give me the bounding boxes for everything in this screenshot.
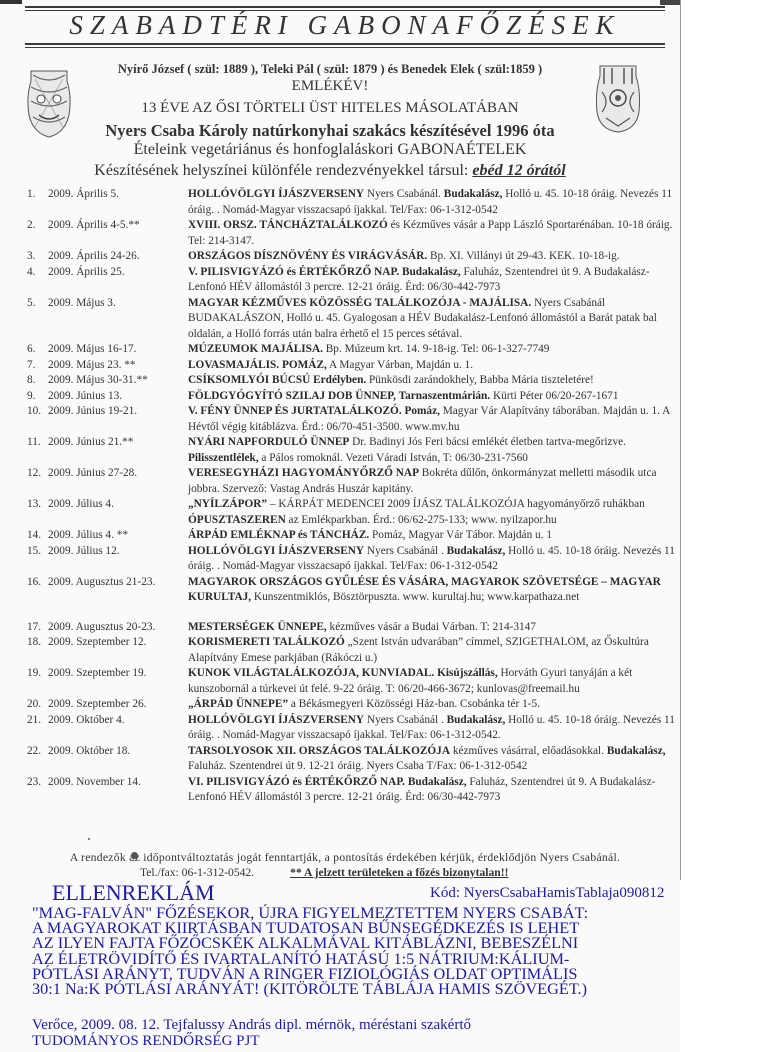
event-number: 13. bbox=[27, 497, 47, 513]
event-details: – KÁRPÁT MEDENCEI 2009 ÍJÁSZ TALÁLKOZÓJA… bbox=[267, 498, 645, 510]
event-description: VI. PILISVIGYÁZÓ és ÉRTÉKŐRZŐ NAP. Budak… bbox=[188, 775, 675, 806]
event-description: TARSOLYOSOK XII. ORSZÁGOS TALÁLKOZÓJA ké… bbox=[188, 744, 675, 775]
organizer-phone: Tel./fax: 06-1-312-0542. bbox=[140, 866, 254, 879]
event-item: 23.2009. November 14.VI. PILISVIGYÁZÓ és… bbox=[25, 775, 675, 806]
event-location: ÓPUSZTASZEREN bbox=[188, 514, 286, 526]
event-number: 6. bbox=[27, 342, 47, 358]
event-number: 2. bbox=[27, 218, 47, 234]
event-date: 2009. Augusztus 21-23. bbox=[48, 575, 183, 591]
event-item: 11.2009. Június 21.**NYÁRI NAPFORDULÓ ÜN… bbox=[25, 435, 675, 466]
event-date: 2009. Június 21.** bbox=[48, 435, 183, 451]
title-rule-bottom-thin bbox=[25, 47, 665, 48]
event-date: 2009. Június 27-28. bbox=[48, 466, 183, 482]
event-date: 2009. Április 25. bbox=[48, 265, 183, 281]
event-description: KUNOK VILÁGTALÁLKOZÓJA, KUNVIADAL. Kisúj… bbox=[188, 666, 675, 697]
event-details: Bp. XI. Villányi út 29-43. KEK. 10-18-ig… bbox=[427, 250, 619, 262]
event-details: Pomáz, Magyar Vár Tábor. Majdán u. 1 bbox=[369, 529, 552, 541]
event-number: 11. bbox=[27, 435, 47, 451]
event-title: XVIII. ORSZ. TÁNCHÁZTALÁLKOZÓ bbox=[188, 219, 388, 231]
event-details-more: az Emlékparkban. Érd.: 06/62-275-133; ww… bbox=[286, 514, 557, 526]
event-date: 2009. Szeptember 26. bbox=[48, 697, 183, 713]
event-details: kézműves vásárral, előadásokkal. bbox=[450, 745, 607, 757]
event-item: 6.2009. Május 16-17.MÚZEUMOK MAJÁLISA. B… bbox=[25, 342, 675, 358]
event-title: VERESEGYHÁZI HAGYOMÁNYŐRZŐ NAP bbox=[188, 467, 419, 479]
event-date: 2009. Április 4-5.** bbox=[48, 218, 183, 234]
event-description: HOLLÓVÖLGYI ÍJÁSZVERSENY Nyers Csabánál.… bbox=[188, 187, 675, 218]
event-item: 21.2009. Október 4.HOLLÓVÖLGYI ÍJÁSZVERS… bbox=[25, 713, 675, 744]
event-date: 2009. Október 18. bbox=[48, 744, 183, 760]
spacer bbox=[25, 606, 675, 620]
event-title: KORISMERETI TALÁLKOZÓ bbox=[188, 636, 345, 648]
organizer-contact: Tel./fax: 06-1-312-0542.** A jelzett ter… bbox=[140, 866, 508, 879]
event-date: 2009. Július 12. bbox=[48, 544, 183, 560]
document-title: SZABADTÉRI GABONAFŐZÉSEK bbox=[25, 10, 665, 41]
event-item: 22.2009. Október 18.TARSOLYOSOK XII. ORS… bbox=[25, 744, 675, 775]
event-item: 2.2009. Április 4-5.**XVIII. ORSZ. TÁNCH… bbox=[25, 218, 675, 249]
title-rule-top bbox=[25, 6, 665, 8]
event-item: 13.2009. Július 4.„NYÍLZÁPOR” – KÁRPÁT M… bbox=[25, 497, 675, 528]
event-number: 12. bbox=[27, 466, 47, 482]
event-location: Budakalász, bbox=[444, 188, 503, 200]
event-details: Kürti Péter 06/20-267-1671 bbox=[490, 390, 618, 402]
counter-ad-code: Kód: NyersCsabaHamisTablaja090812 bbox=[430, 885, 664, 902]
event-date: 2009. Június 13. bbox=[48, 389, 183, 405]
event-title: VI. PILISVIGYÁZÓ és ÉRTÉKŐRZŐ NAP. Budak… bbox=[188, 776, 467, 788]
event-details: Pünkösdi zarándokhely, Babba Mária tiszt… bbox=[366, 374, 594, 386]
event-item: 19.2009. Szeptember 19.KUNOK VILÁGTALÁLK… bbox=[25, 666, 675, 697]
event-date: 2009. Szeptember 19. bbox=[48, 666, 183, 682]
event-item: 20.2009. Szeptember 26.„ÁRPÁD ÜNNEPE” a … bbox=[25, 697, 675, 713]
event-description: V. FÉNY ÜNNEP ÉS JURTATALÁLKOZÓ. Pomáz, … bbox=[188, 404, 675, 435]
event-number: 4. bbox=[27, 265, 47, 281]
event-title: MAGYAR KÉZMŰVES KÖZÖSSÉG TALÁLKOZÓJA - M… bbox=[188, 297, 531, 309]
event-title: HOLLÓVÖLGYI ÍJÁSZVERSENY bbox=[188, 188, 364, 200]
event-date: 2009. Május 3. bbox=[48, 296, 183, 312]
event-list: 1.2009. Április 5.HOLLÓVÖLGYI ÍJÁSZVERSE… bbox=[25, 187, 675, 806]
event-details: Nyers Csabánál . bbox=[364, 545, 447, 557]
event-date: 2009. Július 4. bbox=[48, 497, 183, 513]
event-title: LOVASMAJÁLIS. POMÁZ, bbox=[188, 359, 327, 371]
counter-ad-body: "MAG-FALVÁN" FŐZÉSEKOR, ÚJRA FIGYELMEZTE… bbox=[32, 905, 722, 996]
event-item: 9.2009. Június 13.FÖLDGYÓGYÍTÓ SZILAJ DO… bbox=[25, 389, 675, 405]
event-date: 2009. Május 16-17. bbox=[48, 342, 183, 358]
event-description: MAGYAR KÉZMŰVES KÖZÖSSÉG TALÁLKOZÓJA - M… bbox=[188, 296, 675, 343]
event-details: a Békásmegyeri Közösségi Ház-ban. Csobán… bbox=[288, 698, 540, 710]
event-item: 8.2009. Május 30-31.**CSÍKSOMLYÓI BÚCSÚ … bbox=[25, 373, 675, 389]
event-item: 3.2009. Április 24-26.ORSZÁGOS DÍSZNÖVÉN… bbox=[25, 249, 675, 265]
counter-ad-signature-block: Verőce, 2009. 08. 12. Tejfalussy András … bbox=[32, 1017, 471, 1049]
scan-edge-line bbox=[680, 0, 681, 880]
commemoration-names: Nyírő József ( szül: 1889 ), Teleki Pál … bbox=[70, 62, 590, 77]
carved-floral-ornament-icon bbox=[594, 62, 642, 134]
event-title: TARSOLYOSOK XII. ORSZÁGOS TALÁLKOZÓJA bbox=[188, 745, 450, 757]
event-title: „NYÍLZÁPOR” bbox=[188, 498, 267, 510]
counter-ad-organization: TUDOMÁNYOS RENDŐRSÉG PJT bbox=[32, 1033, 471, 1049]
event-number: 21. bbox=[27, 713, 47, 729]
event-description: NYÁRI NAPFORDULÓ ÜNNEP Dr. Badinyi Jós F… bbox=[188, 435, 675, 466]
event-number: 5. bbox=[27, 296, 47, 312]
event-item: 15.2009. Július 12.HOLLÓVÖLGYI ÍJÁSZVERS… bbox=[25, 544, 675, 575]
event-title: V. PILISVIGYÁZÓ és ÉRTÉKŐRZŐ NAP. Budaka… bbox=[188, 266, 461, 278]
event-title: ORSZÁGOS DÍSZNÖVÉNY ÉS VIRÁGVÁSÁR. bbox=[188, 250, 427, 262]
venues-prefix: Készítésének helyszínei különféle rendez… bbox=[94, 162, 472, 179]
event-description: HOLLÓVÖLGYI ÍJÁSZVERSENY Nyers Csabánál … bbox=[188, 544, 675, 575]
event-location: Pilisszentlélek, bbox=[188, 452, 259, 464]
event-number: 10. bbox=[27, 404, 47, 420]
event-date: 2009. November 14. bbox=[48, 775, 183, 791]
event-date: 2009. Július 4. ** bbox=[48, 528, 183, 544]
event-title: HOLLÓVÖLGYI ÍJÁSZVERSENY bbox=[188, 545, 364, 557]
organizer-note: A rendezők az időpontváltoztatás jogát f… bbox=[25, 851, 665, 864]
event-item: 17.2009. Augusztus 20-23.MESTERSÉGEK ÜNN… bbox=[25, 620, 675, 636]
event-number: 1. bbox=[27, 187, 47, 203]
event-description: „NYÍLZÁPOR” – KÁRPÁT MEDENCEI 2009 ÍJÁSZ… bbox=[188, 497, 675, 528]
event-title: KUNOK VILÁGTALÁLKOZÓJA, KUNVIADAL. Kisúj… bbox=[188, 667, 498, 679]
event-details: Dr. Badinyi Jós Feri bácsi emlékét életb… bbox=[349, 436, 626, 448]
event-item: 4.2009. Április 25.V. PILISVIGYÁZÓ és ÉR… bbox=[25, 265, 675, 296]
event-item: 1.2009. Április 5.HOLLÓVÖLGYI ÍJÁSZVERSE… bbox=[25, 187, 675, 218]
event-description: CSÍKSOMLYÓI BÚCSÚ Erdélyben. Pünkösdi za… bbox=[188, 373, 675, 389]
event-item: 18.2009. Szeptember 12.KORISMERETI TALÁL… bbox=[25, 635, 675, 666]
event-details: Nyers Csabánál . bbox=[364, 714, 447, 726]
venues-line: Készítésének helyszínei különféle rendez… bbox=[70, 162, 590, 180]
event-description: VERESEGYHÁZI HAGYOMÁNYŐRZŐ NAP Bokréta d… bbox=[188, 466, 675, 497]
event-number: 22. bbox=[27, 744, 47, 760]
event-description: ORSZÁGOS DÍSZNÖVÉNY ÉS VIRÁGVÁSÁR. Bp. X… bbox=[188, 249, 675, 265]
event-number: 8. bbox=[27, 373, 47, 389]
event-title: „ÁRPÁD ÜNNEPE” bbox=[188, 698, 288, 710]
event-description: MÚZEUMOK MAJÁLISA. Bp. Múzeum krt. 14. 9… bbox=[188, 342, 675, 358]
event-description: MESTERSÉGEK ÜNNEPE, kézműves vásár a Bud… bbox=[188, 620, 675, 636]
event-item: 14.2009. Július 4. **ÁRPÁD EMLÉKNAP és T… bbox=[25, 528, 675, 544]
event-number: 23. bbox=[27, 775, 47, 791]
event-location: Budakalász, bbox=[447, 545, 506, 557]
event-description: „ÁRPÁD ÜNNEPE” a Békásmegyeri Közösségi … bbox=[188, 697, 675, 713]
ink-speck bbox=[88, 838, 90, 840]
event-title: CSÍKSOMLYÓI BÚCSÚ Erdélyben. bbox=[188, 374, 366, 386]
event-description: KORISMERETI TALÁLKOZÓ „Szent István udva… bbox=[188, 635, 675, 666]
event-title: FÖLDGYÓGYÍTÓ SZILAJ DOB ÜNNEP, Tarnaszen… bbox=[188, 390, 490, 402]
event-item: 5.2009. Május 3.MAGYAR KÉZMŰVES KÖZÖSSÉG… bbox=[25, 296, 675, 343]
event-title: MESTERSÉGEK ÜNNEPE, bbox=[188, 621, 327, 633]
event-title: NYÁRI NAPFORDULÓ ÜNNEP bbox=[188, 436, 349, 448]
event-item: 7.2009. Május 23. **LOVASMAJÁLIS. POMÁZ,… bbox=[25, 358, 675, 374]
event-details: Kunszentmiklós, Bösztörpuszta. www. kuru… bbox=[251, 591, 579, 603]
event-description: MAGYAROK ORSZÁGOS GYŰLÉSE ÉS VÁSÁRA, MAG… bbox=[188, 575, 675, 606]
event-number: 19. bbox=[27, 666, 47, 682]
event-description: LOVASMAJÁLIS. POMÁZ, A Magyar Várban, Ma… bbox=[188, 358, 675, 374]
event-details: kézműves vásár a Budai Várban. T: 214-31… bbox=[327, 621, 536, 633]
event-number: 18. bbox=[27, 635, 47, 651]
event-description: HOLLÓVÖLGYI ÍJÁSZVERSENY Nyers Csabánál … bbox=[188, 713, 675, 744]
ink-speck bbox=[131, 852, 138, 859]
event-description: V. PILISVIGYÁZÓ és ÉRTÉKŐRZŐ NAP. Budaka… bbox=[188, 265, 675, 296]
event-details-more: Faluház. Szentendrei út 9. 12-21 óráig. … bbox=[188, 760, 527, 772]
event-title: MÚZEUMOK MAJÁLISA. bbox=[188, 343, 323, 355]
event-description: ÁRPÁD EMLÉKNAP és TÁNCHÁZ. Pomáz, Magyar… bbox=[188, 528, 675, 544]
event-number: 9. bbox=[27, 389, 47, 405]
event-date: 2009. Április 5. bbox=[48, 187, 183, 203]
event-item: 10.2009. Június 19-21.V. FÉNY ÜNNEP ÉS J… bbox=[25, 404, 675, 435]
lunch-time: ebéd 12 órától bbox=[472, 162, 565, 179]
uncertain-warning: ** A jelzett területeken a főzés bizonyt… bbox=[290, 866, 508, 879]
event-title: HOLLÓVÖLGYI ÍJÁSZVERSENY bbox=[188, 714, 364, 726]
event-number: 7. bbox=[27, 358, 47, 374]
carved-mask-ornament-icon bbox=[25, 67, 73, 139]
event-number: 15. bbox=[27, 544, 47, 560]
event-date: 2009. Június 19-21. bbox=[48, 404, 183, 420]
event-number: 3. bbox=[27, 249, 47, 265]
event-date: 2009. Szeptember 12. bbox=[48, 635, 183, 651]
event-item: 12.2009. Június 27-28.VERESEGYHÁZI HAGYO… bbox=[25, 466, 675, 497]
event-description: XVIII. ORSZ. TÁNCHÁZTALÁLKOZÓ és Kézműve… bbox=[188, 218, 675, 249]
event-details: Nyers Csabánál. bbox=[364, 188, 444, 200]
event-date: 2009. Április 24-26. bbox=[48, 249, 183, 265]
event-item: 16.2009. Augusztus 21-23.MAGYAROK ORSZÁG… bbox=[25, 575, 675, 606]
meals-line: Ételeink vegetáriánus és honfoglaláskori… bbox=[70, 141, 590, 159]
title-rule-bottom bbox=[25, 43, 665, 45]
event-date: 2009. Október 4. bbox=[48, 713, 183, 729]
event-date: 2009. Május 23. ** bbox=[48, 358, 183, 374]
counter-ad-line: 30:1 Na:K PÓTLÁSI ARÁNYÁT! (KITÖRÖLTE TÁ… bbox=[32, 981, 722, 996]
event-location: Budakalász, bbox=[447, 714, 506, 726]
event-number: 20. bbox=[27, 697, 47, 713]
event-description: FÖLDGYÓGYÍTÓ SZILAJ DOB ÜNNEP, Tarnaszen… bbox=[188, 389, 675, 405]
event-details-more: a Pálos romoknál. Vezeti Váradi István, … bbox=[259, 452, 528, 464]
scan-corner-shadow bbox=[0, 0, 22, 4]
commemoration-year: EMLÉKÉV! bbox=[70, 78, 590, 95]
event-title: V. FÉNY ÜNNEP ÉS JURTATALÁLKOZÓ. Pomáz, bbox=[188, 405, 440, 417]
cauldron-tagline: 13 ÉVE AZ ŐSI TÖRTELI ÜST HITELES MÁSOLA… bbox=[70, 100, 590, 117]
event-number: 14. bbox=[27, 528, 47, 544]
event-number: 17. bbox=[27, 620, 47, 636]
event-location: Budakalász, bbox=[607, 745, 666, 757]
chef-line: Nyers Csaba Károly natúrkonyhai szakács … bbox=[70, 121, 590, 141]
event-details: Bp. Múzeum krt. 14. 9-18-ig. Tel: 06-1-3… bbox=[323, 343, 549, 355]
event-number: 16. bbox=[27, 575, 47, 591]
event-date: 2009. Május 30-31.** bbox=[48, 373, 183, 389]
event-title: ÁRPÁD EMLÉKNAP és TÁNCHÁZ. bbox=[188, 529, 369, 541]
event-date: 2009. Augusztus 20-23. bbox=[48, 620, 183, 636]
scan-corner-shadow-right bbox=[660, 0, 680, 5]
event-details: A Magyar Várban, Majdán u. 1. bbox=[327, 359, 473, 371]
counter-ad-signature: Verőce, 2009. 08. 12. Tejfalussy András … bbox=[32, 1017, 471, 1033]
